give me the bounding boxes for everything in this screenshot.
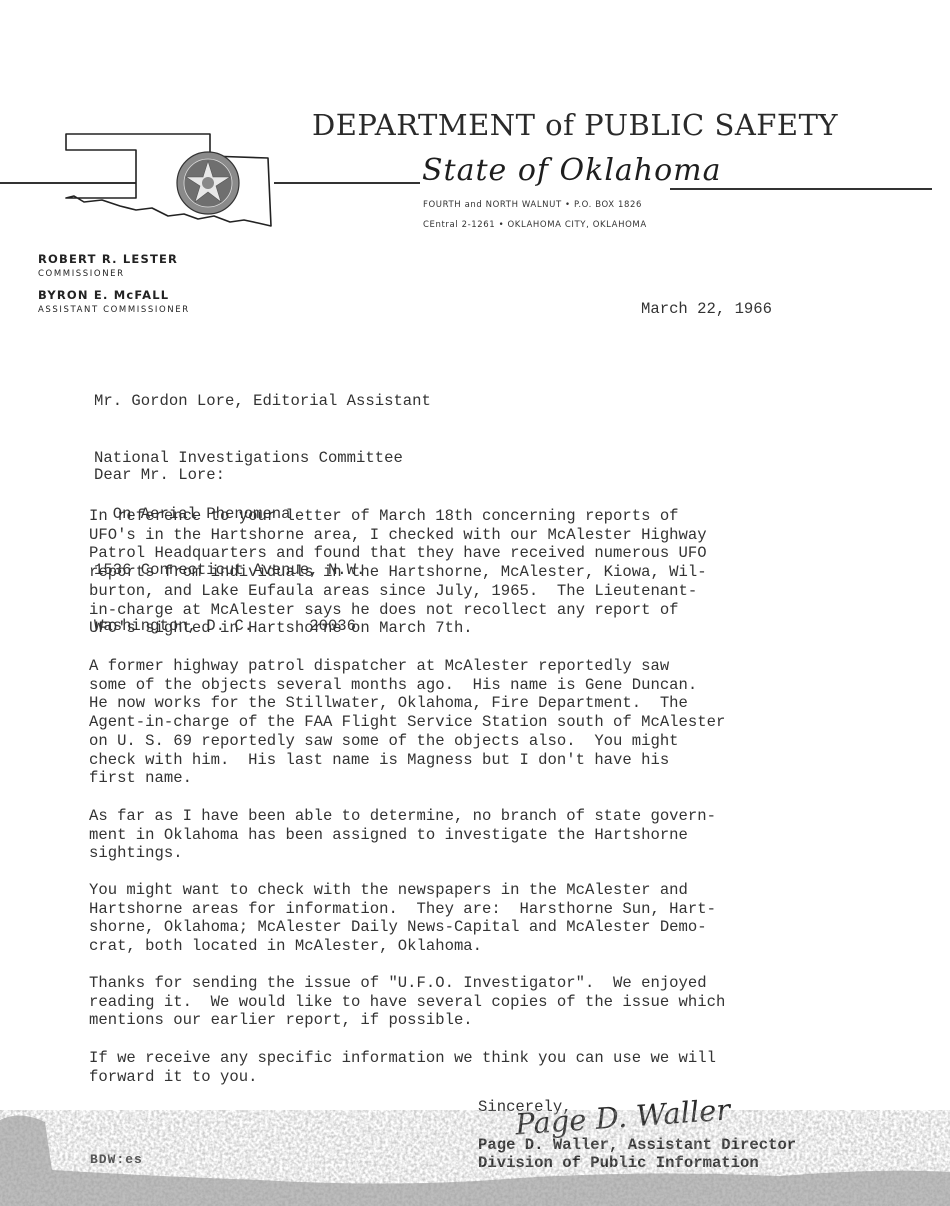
letterhead-rule-right (670, 188, 932, 190)
body-paragraph: A former highway patrol dispatcher at Mc… (89, 657, 725, 788)
file-reference-code: BDW:es (90, 1152, 143, 1167)
state-name: State of Oklahoma (422, 153, 722, 188)
body-paragraph: As far as I have been able to determine,… (89, 807, 716, 863)
official-role: COMMISSIONER (38, 267, 190, 281)
letter-date: March 22, 1966 (641, 300, 772, 319)
official-name: ROBERT R. LESTER (38, 251, 190, 267)
recipient-line: Mr. Gordon Lore, Editorial Assistant (94, 392, 431, 411)
body-paragraph: Thanks for sending the issue of "U.F.O. … (89, 974, 725, 1030)
official-name: BYRON E. McFALL (38, 287, 190, 303)
body-paragraph: You might want to check with the newspap… (89, 881, 716, 956)
official-role: ASSISTANT COMMISSIONER (38, 303, 190, 317)
recipient-line: National Investigations Committee (94, 449, 431, 468)
salutation: Dear Mr. Lore: (94, 466, 225, 485)
address-line-2: CEntral 2-1261 • OKLAHOMA CITY, OKLAHOMA (423, 220, 647, 230)
letterhead-rule-middle (274, 182, 420, 184)
officials-list: ROBERT R. LESTER COMMISSIONER BYRON E. M… (38, 251, 190, 323)
oklahoma-map-seal-icon (62, 128, 274, 228)
department-name: DEPARTMENT of PUBLIC SAFETY (312, 108, 838, 142)
body-paragraph: If we receive any specific information w… (89, 1049, 716, 1086)
body-paragraph: In reference to your letter of March 18t… (89, 507, 707, 638)
address-line-1: FOURTH and NORTH WALNUT • P.O. BOX 1826 (423, 200, 642, 210)
